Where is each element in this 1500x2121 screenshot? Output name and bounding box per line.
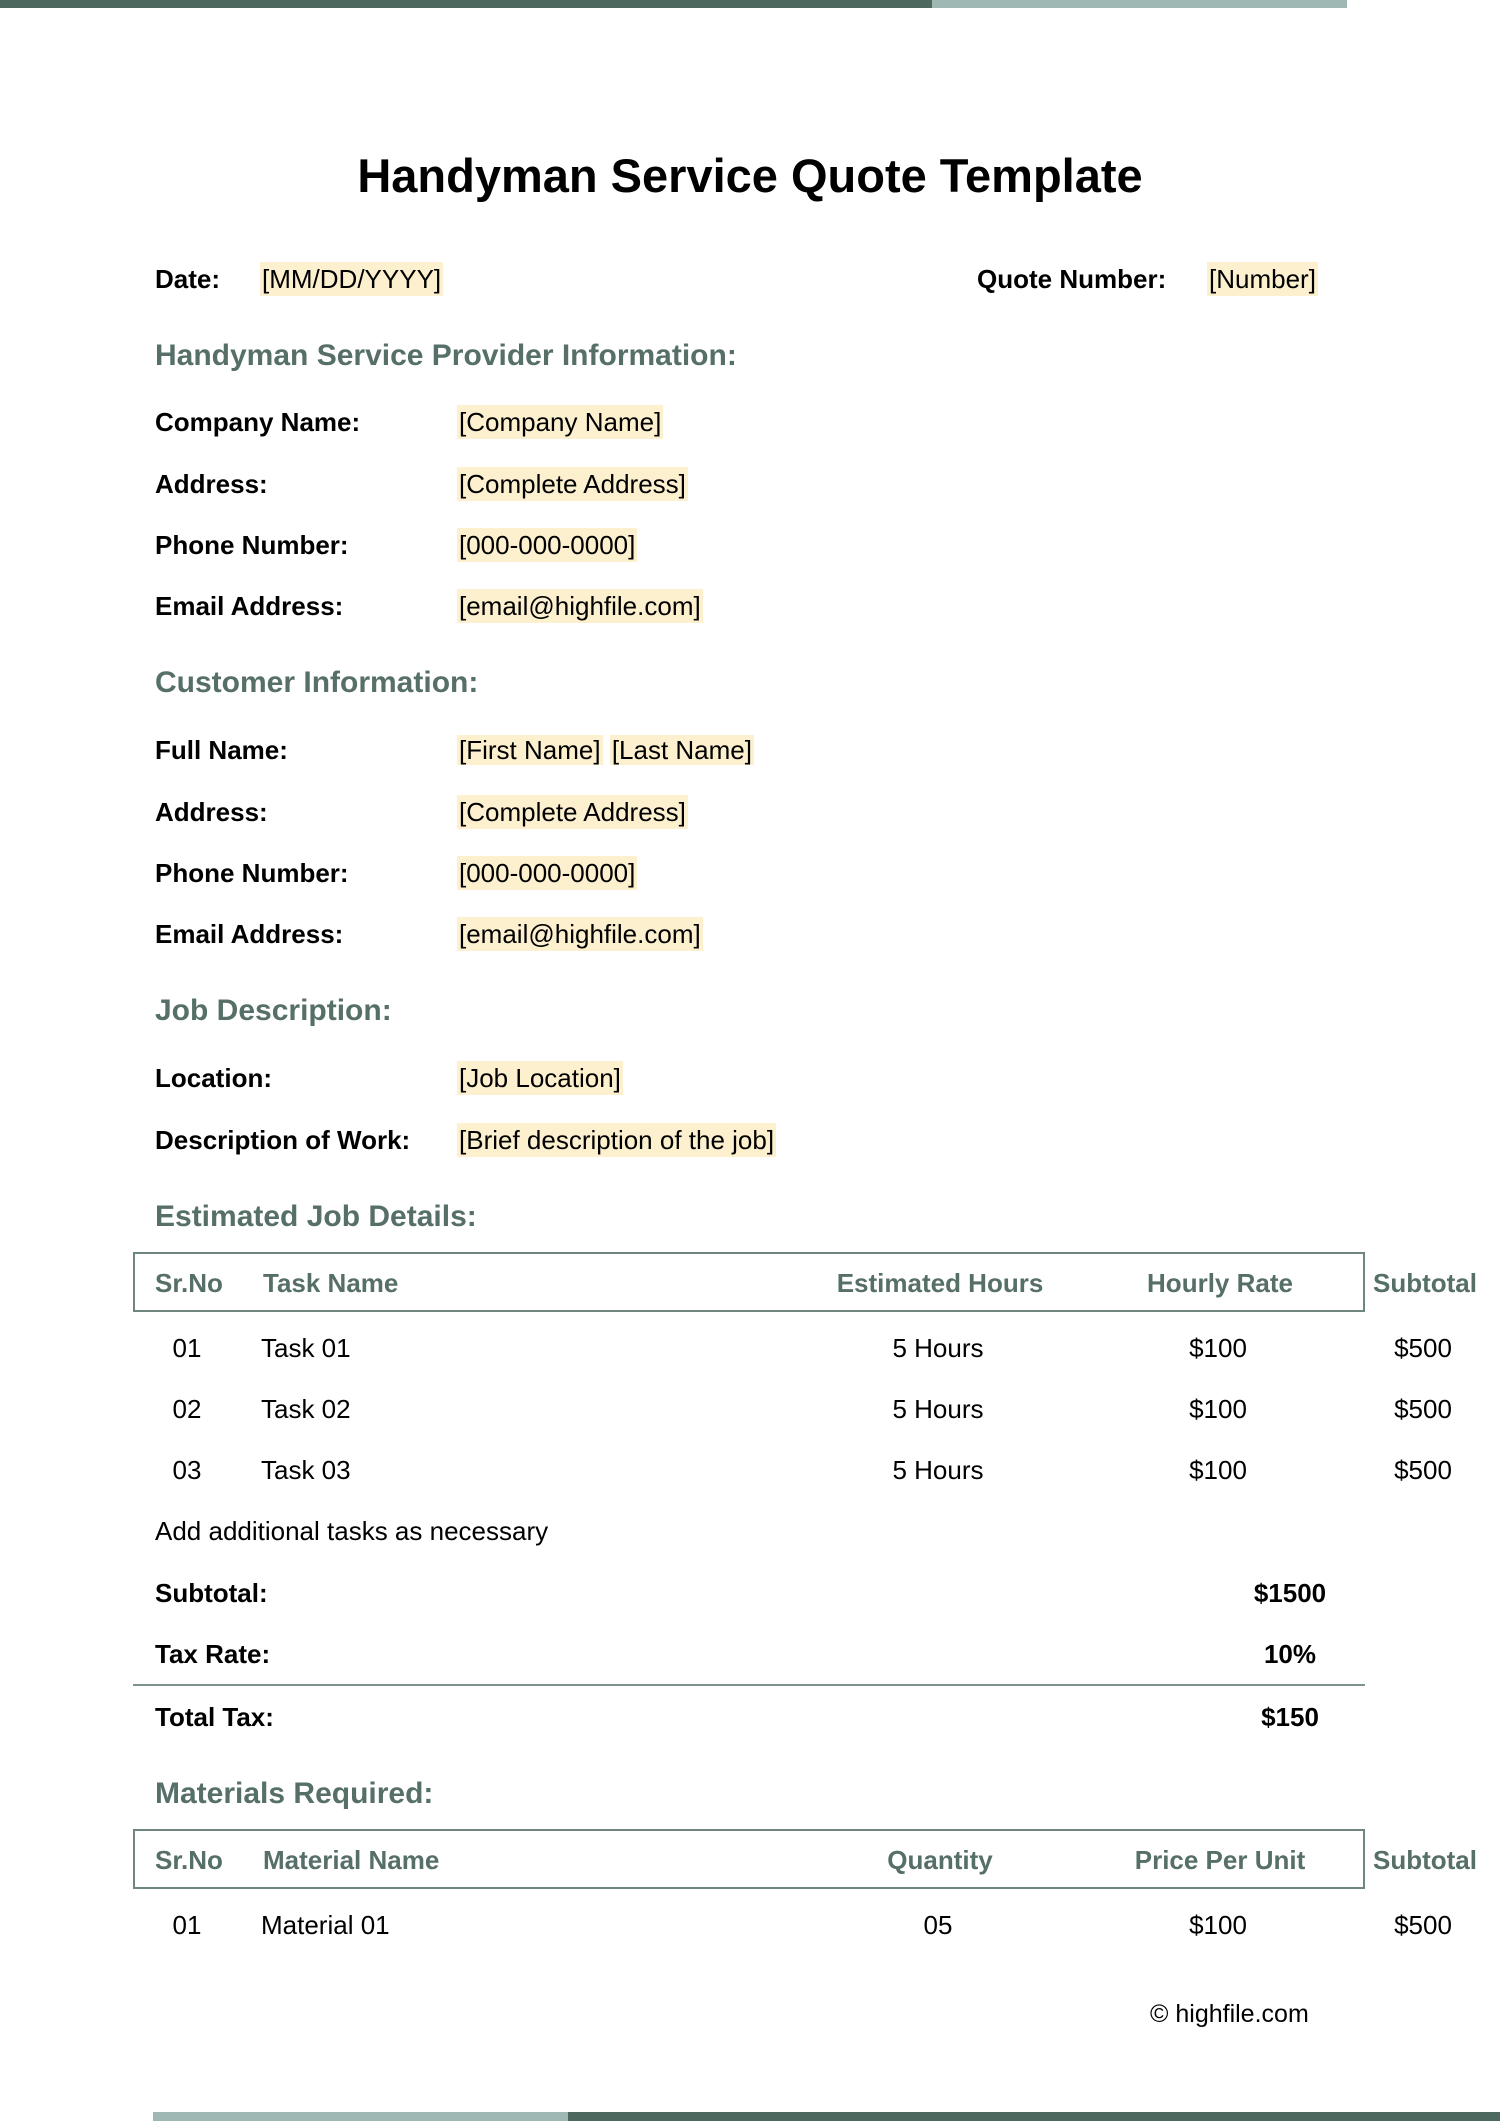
materials-heading: Materials Required: [155, 1777, 433, 1811]
table-row: 03Task 035 Hours$100$500 [133, 1453, 1365, 1487]
cell-subtotal: $500 [1258, 1331, 1500, 1365]
cell-name: Task 03 [261, 1453, 351, 1487]
cell-sr-no: 01 [133, 1331, 241, 1365]
provider-phone-field[interactable]: [000-000-0000] [457, 528, 637, 562]
job-description-field[interactable]: [Brief description of the job] [457, 1123, 776, 1157]
summary-divider [133, 1684, 1365, 1686]
customer-address-field[interactable]: [Complete Address] [457, 795, 688, 829]
subtotal-label: Subtotal: [155, 1576, 268, 1610]
customer-email-field[interactable]: [email@highfile.com] [457, 917, 703, 951]
provider-heading: Handyman Service Provider Information: [155, 339, 737, 373]
customer-phone-label: Phone Number: [155, 856, 349, 890]
document-title: Handyman Service Quote Template [0, 148, 1500, 203]
total-tax-label: Total Tax: [155, 1700, 274, 1734]
cell-name: Material 01 [261, 1908, 390, 1942]
estimate-table-header: Sr.No Task Name Estimated Hours Hourly R… [133, 1252, 1365, 1312]
col-task-name: Task Name [263, 1255, 398, 1311]
date-field[interactable]: [MM/DD/YYYY] [260, 262, 443, 296]
job-location-field[interactable]: [Job Location] [457, 1061, 623, 1095]
subtotal-value: $1500 [1125, 1576, 1455, 1610]
customer-phone-field[interactable]: [000-000-0000] [457, 856, 637, 890]
col-sr-no: Sr.No [135, 1255, 243, 1311]
customer-last-name-field[interactable]: [Last Name] [610, 735, 754, 765]
job-description-label: Description of Work: [155, 1123, 410, 1157]
tax-rate-value: 10% [1125, 1637, 1455, 1671]
customer-first-name-field[interactable]: [First Name] [457, 735, 603, 765]
estimate-heading: Estimated Job Details: [155, 1200, 477, 1234]
table-row: 01Material 0105$100$500 [133, 1908, 1365, 1942]
provider-company-label: Company Name: [155, 405, 360, 439]
customer-fullname-label: Full Name: [155, 733, 288, 767]
col-sr-no: Sr.No [135, 1832, 243, 1888]
materials-table-header: Sr.No Material Name Quantity Price Per U… [133, 1829, 1365, 1889]
customer-address-label: Address: [155, 795, 268, 829]
cell-sr-no: 02 [133, 1392, 241, 1426]
cell-sr-no: 03 [133, 1453, 241, 1487]
date-label: Date: [155, 262, 220, 296]
provider-email-label: Email Address: [155, 589, 343, 623]
quote-number-label: Quote Number: [977, 262, 1166, 296]
col-subtotal: Subtotal [1260, 1255, 1500, 1311]
provider-address-field[interactable]: [Complete Address] [457, 467, 688, 501]
table-row: 01Task 015 Hours$100$500 [133, 1331, 1365, 1365]
bottom-accent-bar-dark [568, 2112, 1500, 2121]
cell-name: Task 02 [261, 1392, 351, 1426]
estimate-note: Add additional tasks as necessary [155, 1514, 548, 1548]
customer-email-label: Email Address: [155, 917, 343, 951]
customer-fullname-group: [First Name] [Last Name] [457, 733, 754, 767]
table-row: 02Task 025 Hours$100$500 [133, 1392, 1365, 1426]
top-accent-bar-light [932, 0, 1347, 8]
total-tax-value: $150 [1125, 1700, 1455, 1734]
tax-rate-label: Tax Rate: [155, 1637, 270, 1671]
provider-address-label: Address: [155, 467, 268, 501]
provider-company-field[interactable]: [Company Name] [457, 405, 663, 439]
job-heading: Job Description: [155, 994, 392, 1028]
cell-subtotal: $500 [1258, 1392, 1500, 1426]
job-location-label: Location: [155, 1061, 272, 1095]
cell-sr-no: 01 [133, 1908, 241, 1942]
cell-subtotal: $500 [1258, 1908, 1500, 1942]
quote-number-field[interactable]: [Number] [1207, 262, 1318, 296]
col-subtotal: Subtotal [1260, 1832, 1500, 1888]
top-accent-bar-dark [0, 0, 932, 8]
cell-name: Task 01 [261, 1331, 351, 1365]
copyright-footer: © highfile.com [1150, 1997, 1309, 2031]
customer-heading: Customer Information: [155, 666, 478, 700]
provider-phone-label: Phone Number: [155, 528, 349, 562]
bottom-accent-bar-light [153, 2112, 568, 2121]
provider-email-field[interactable]: [email@highfile.com] [457, 589, 703, 623]
cell-subtotal: $500 [1258, 1453, 1500, 1487]
col-material-name: Material Name [263, 1832, 439, 1888]
